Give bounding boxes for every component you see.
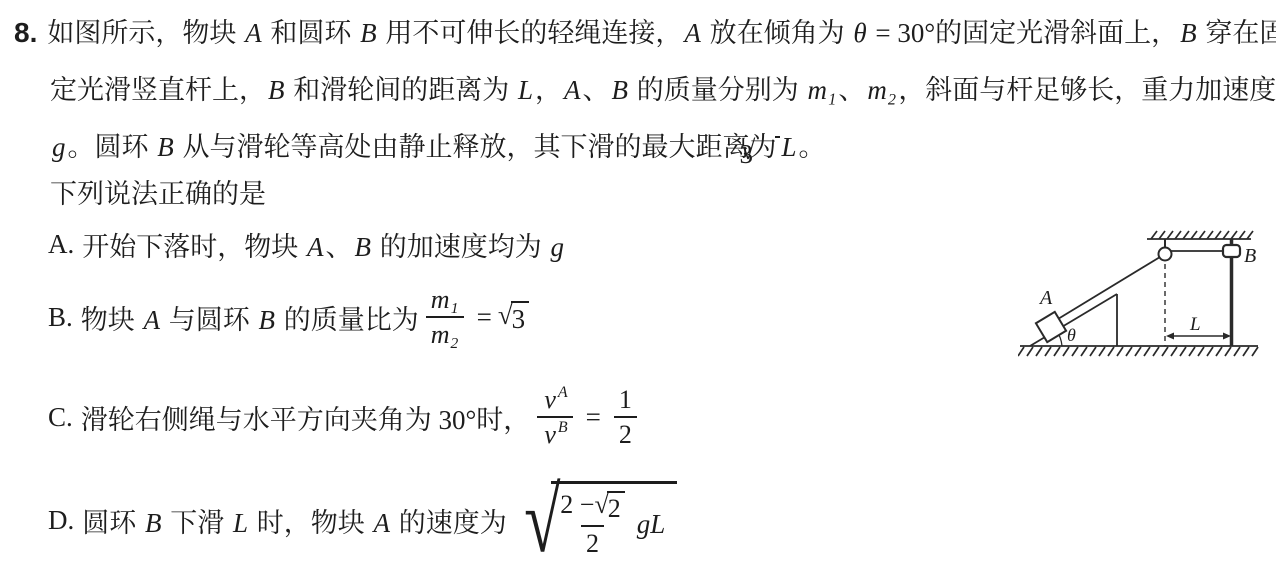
speed-formula-radical: √ 2 − √ 2 2 gL: [517, 481, 677, 560]
ceiling-hatching: [1151, 231, 1253, 239]
label-block-a: A: [1038, 287, 1053, 309]
rope-incline: [1058, 257, 1160, 319]
mass-ratio-fraction: m₁ m₂: [426, 286, 464, 349]
label-distance-l: L: [1189, 314, 1201, 335]
option-c-text: 滑轮右侧绳与水平方向夹角为 30°时，: [81, 398, 531, 437]
option-d: D. 圆环 B 下滑 L 时，物块 A 的速度为 √ 2 − √ 2 2 gL: [48, 478, 677, 562]
option-a: A. 开始下落时，物块 A、B 的加速度均为 g: [48, 222, 566, 266]
option-c-label: C.: [48, 402, 81, 433]
gl-suffix: gL: [635, 509, 668, 540]
ceiling: [1147, 231, 1253, 239]
label-angle-theta: θ: [1067, 325, 1076, 345]
option-a-label: A.: [48, 229, 82, 260]
option-b: B. 物块 A 与圆环 B 的质量比为 m₁ m₂ = √ 3: [48, 288, 529, 346]
ground-hatching: [1018, 347, 1258, 356]
physics-diagram: A θ B L: [1018, 224, 1262, 364]
question-stem-text: 如图所示，物块 A 和圆环 B 用不可伸长的轻绳连接，A 放在倾角为 θ = 3…: [47, 18, 1276, 162]
question-stem: 8.如图所示，物块 A 和圆环 B 用不可伸长的轻绳连接，A 放在倾角为 θ =…: [14, 4, 1276, 176]
option-a-text: 开始下落时，物块 A、B 的加速度均为 g: [82, 225, 566, 264]
option-b-text: 物块 A 与圆环 B 的质量比为: [81, 298, 419, 337]
sqrt-three: √ 3: [498, 301, 529, 333]
equals-sign: =: [580, 402, 607, 433]
question-number: 8.: [14, 17, 47, 48]
option-b-label: B.: [48, 302, 81, 333]
velocity-ratio-fraction: vA vB: [537, 386, 572, 449]
sqrt-two: √ 2: [594, 491, 624, 522]
ground: [1018, 346, 1258, 356]
one-half-fraction: 1 2: [614, 386, 637, 449]
question-prompt: 下列说法正确的是: [50, 172, 266, 211]
option-d-label: D.: [48, 505, 82, 536]
option-d-text: 圆环 B 下滑 L 时，物块 A 的速度为: [82, 501, 507, 540]
pulley: [1159, 239, 1172, 261]
ring-b: [1223, 245, 1240, 257]
label-ring-b: B: [1244, 245, 1256, 267]
radicand-fraction: 2 − √ 2 2: [555, 491, 629, 558]
option-c: C. 滑轮右侧绳与水平方向夹角为 30°时， vA vB = 1 2: [48, 382, 644, 452]
equals-sign: =: [471, 302, 498, 333]
